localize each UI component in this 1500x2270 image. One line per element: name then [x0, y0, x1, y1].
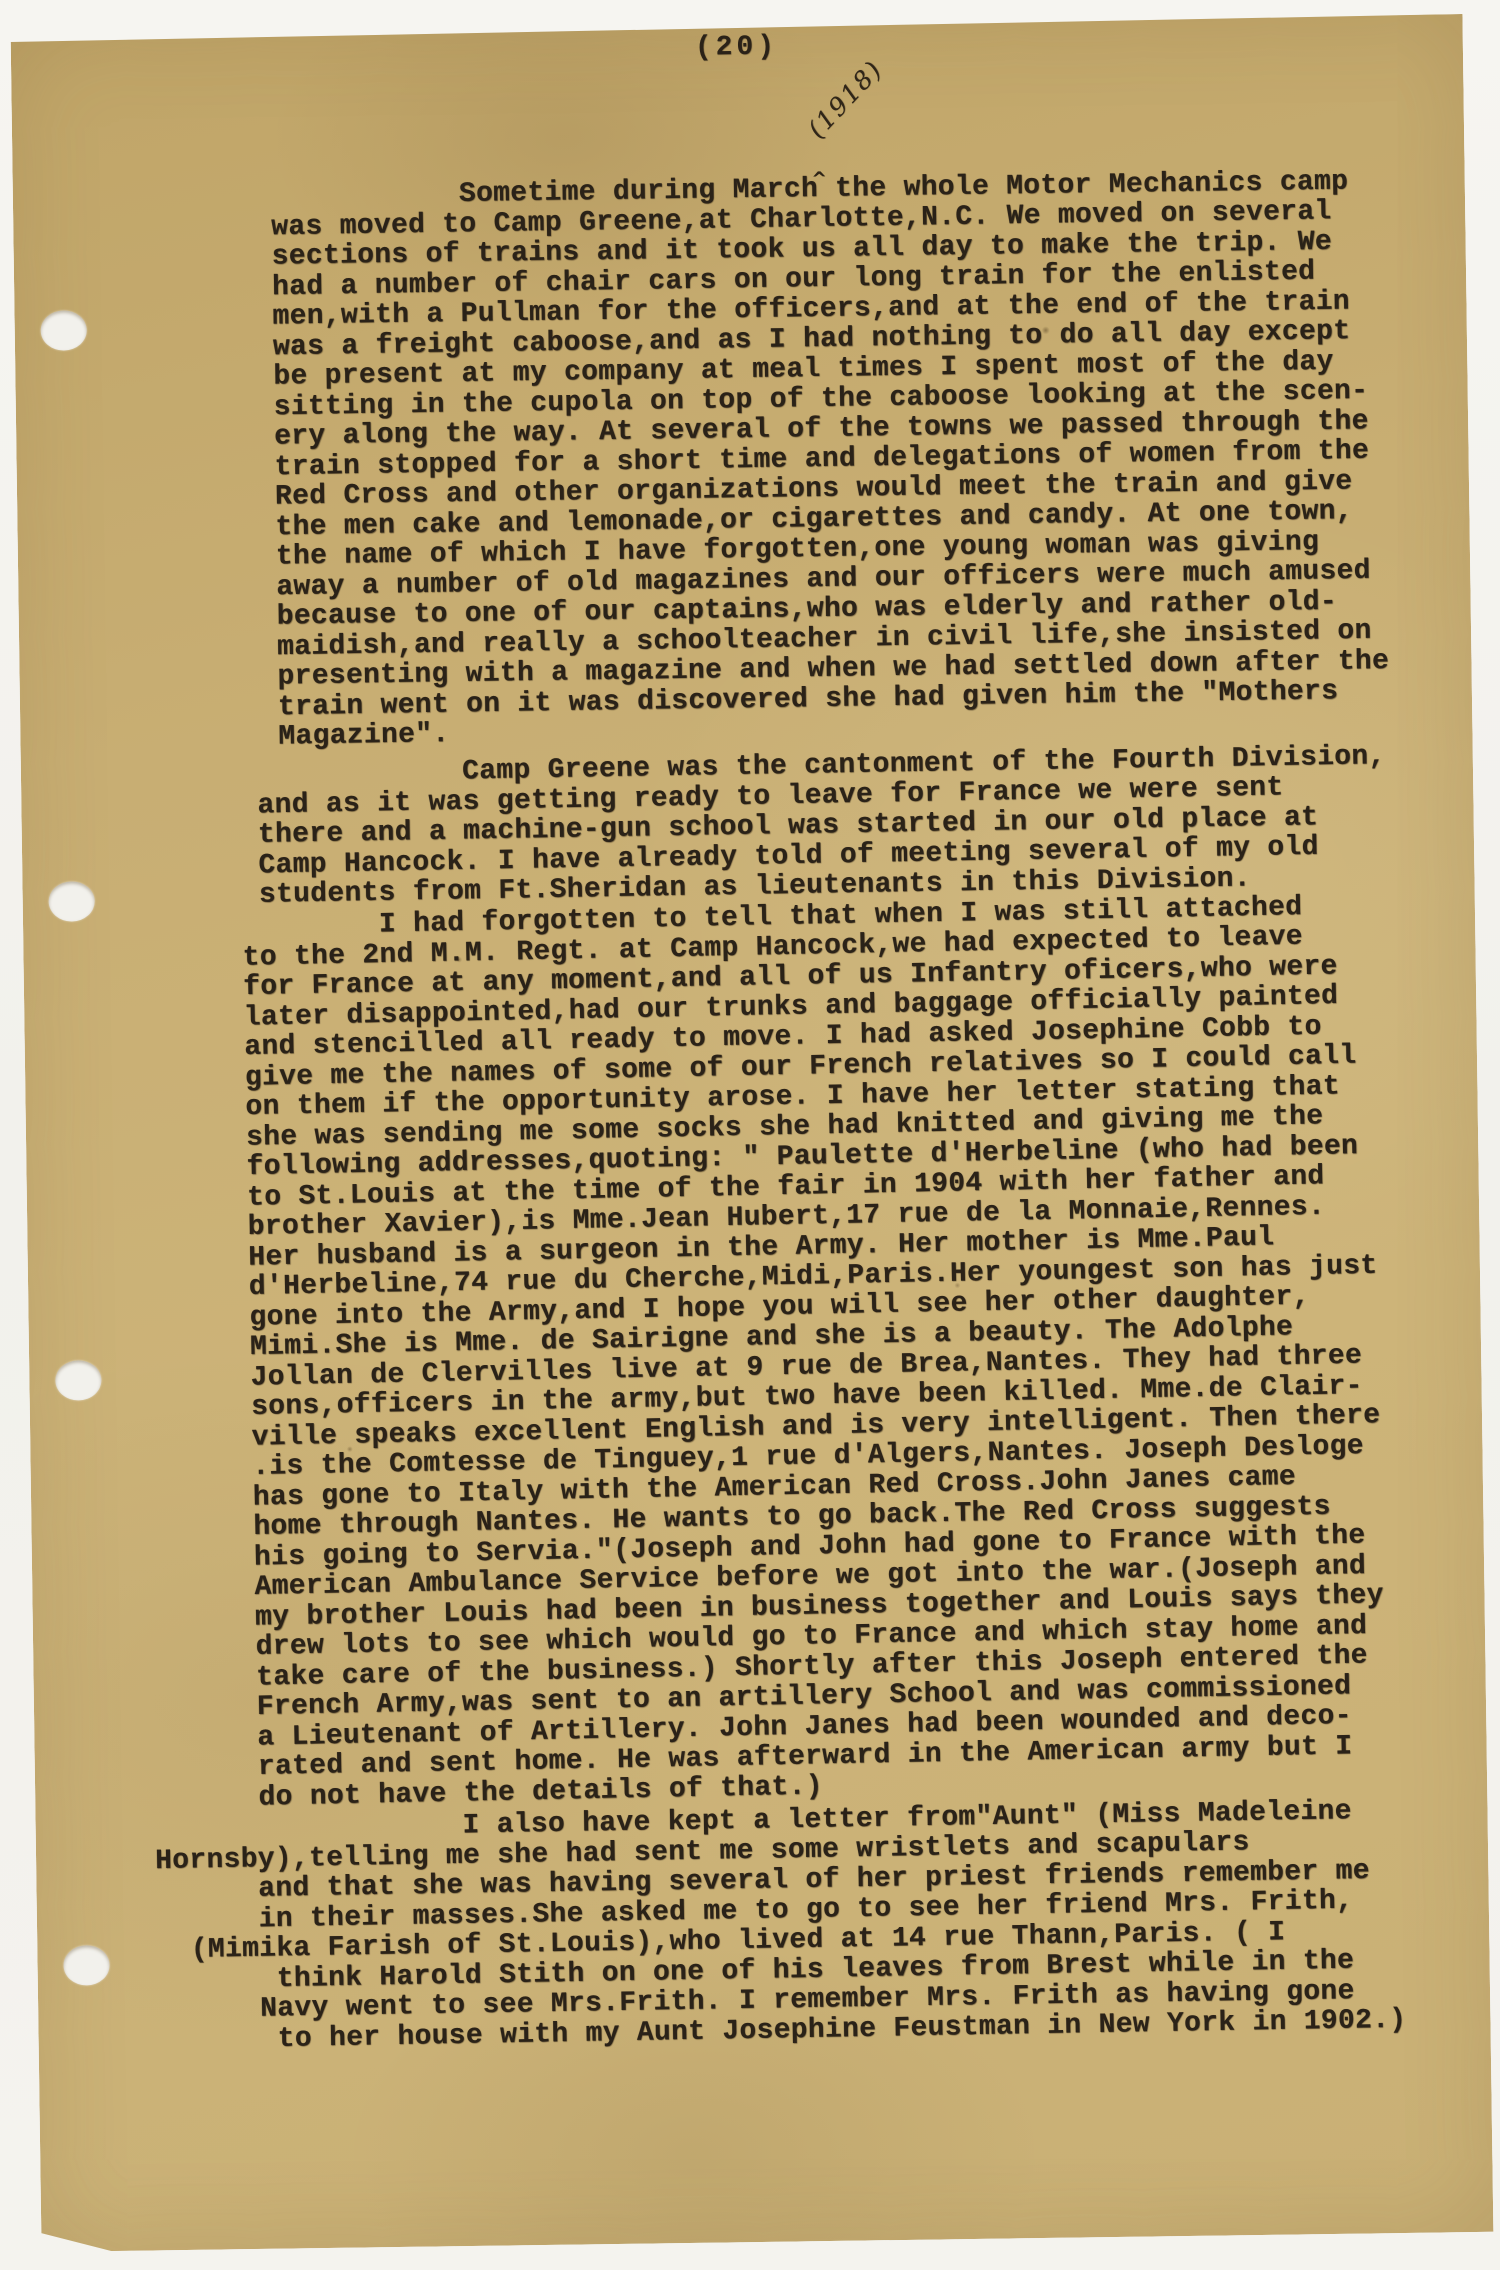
- paragraph: Camp Greene was the cantonment of the Fo…: [257, 741, 1475, 911]
- page-number: (20): [695, 32, 779, 65]
- paragraph: Sometime during March the whole Motor Me…: [271, 166, 1473, 753]
- handwritten-year-annotation: (1918): [803, 56, 886, 142]
- paragraph: I also have kept a letter from"Aunt" (Mi…: [154, 1795, 1491, 2056]
- scan-background: (20) (1918) ^ Sometime during March the …: [0, 0, 1500, 2270]
- paragraph: I had forgotten to tell that when I was …: [242, 890, 1492, 1813]
- document-page: (20) (1918) ^ Sometime during March the …: [11, 14, 1494, 2252]
- typed-text: Sometime during March the whole Motor Me…: [13, 166, 1491, 2058]
